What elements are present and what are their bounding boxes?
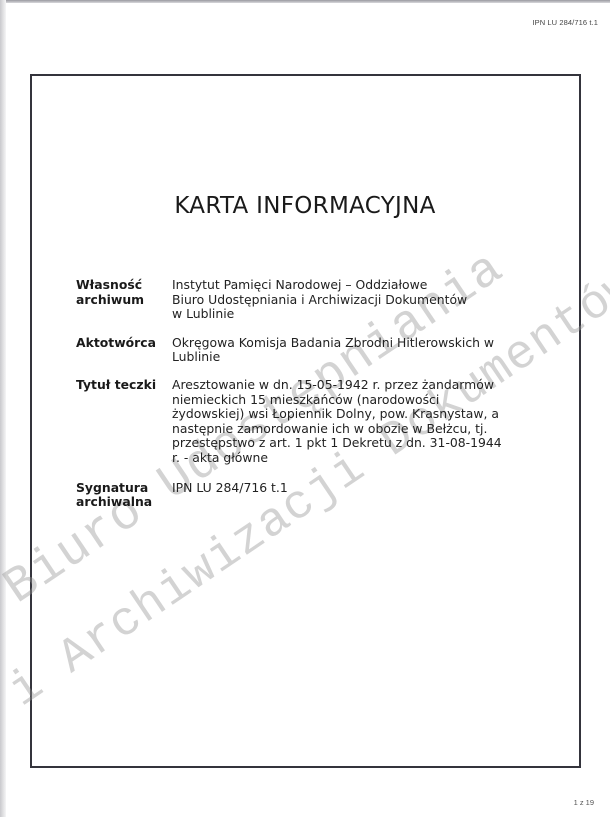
field-row-archive-signature: Sygnatura archiwalna IPN LU 284/716 t.1 <box>76 481 556 510</box>
field-label: Sygnatura archiwalna <box>76 481 172 510</box>
scan-edge-left <box>0 0 6 817</box>
document-title: KARTA INFORMACYJNA <box>0 193 610 219</box>
info-table: Własność archiwum Instytut Pamięci Narod… <box>76 278 556 510</box>
field-value: IPN LU 284/716 t.1 <box>172 481 556 510</box>
field-label: Aktotwórca <box>76 336 172 365</box>
field-value: Aresztowanie w dn. 15-05-1942 r. przez ż… <box>172 378 556 466</box>
field-row-file-title: Tytuł teczki Aresztowanie w dn. 15-05-19… <box>76 378 556 466</box>
page-indicator: 1 z 19 <box>574 798 594 807</box>
field-value: Okręgowa Komisja Badania Zbrodni Hitlero… <box>172 336 556 365</box>
header-reference: IPN LU 284/716 t.1 <box>532 18 598 27</box>
scan-edge-top <box>0 0 610 3</box>
field-value: Instytut Pamięci Narodowej – Oddziałowe … <box>172 278 556 322</box>
field-row-archive-owner: Własność archiwum Instytut Pamięci Narod… <box>76 278 556 322</box>
field-row-creator: Aktotwórca Okręgowa Komisja Badania Zbro… <box>76 336 556 365</box>
field-label: Tytuł teczki <box>76 378 172 466</box>
field-label: Własność archiwum <box>76 278 172 322</box>
